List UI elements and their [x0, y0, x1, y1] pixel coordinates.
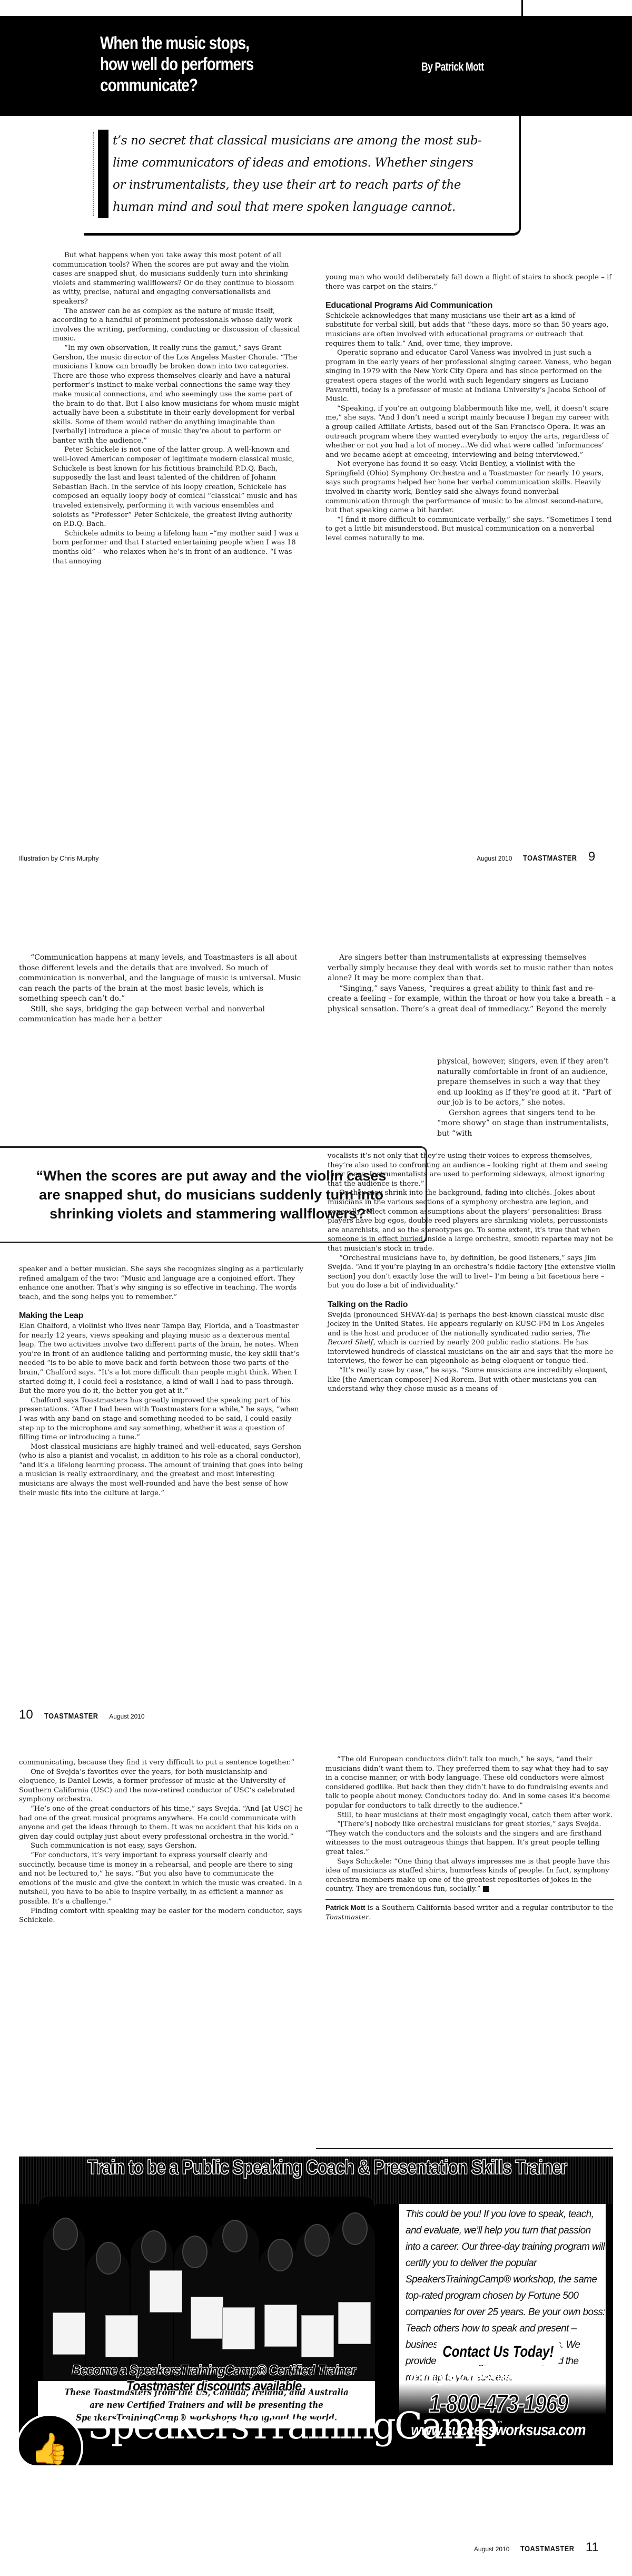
- folio-magazine: TOASTMASTER: [520, 2544, 574, 2553]
- paragraph: “The old European conductors didn’t talk…: [325, 1755, 614, 1811]
- bio-end: .: [369, 1914, 371, 1921]
- paragraph: Schickele admits to being a lifelong ham…: [53, 529, 300, 566]
- paragraph: Schickele acknowledges that many musicia…: [325, 311, 613, 348]
- page1-left-column: But what happens when you take away this…: [53, 251, 300, 566]
- page-folio: August 2010 TOASTMASTER 11: [474, 2540, 599, 2555]
- page2-left-column-top: “Communication happens at many levels, a…: [19, 953, 303, 1025]
- page2-left-column-bottom: speaker and a better musician. She says …: [19, 1265, 303, 1498]
- discount-line: Toastmaster discounts available: [72, 2378, 356, 2394]
- paragraph: The answer can be as complex as the natu…: [53, 307, 300, 344]
- paragraph: “I find it more difficult to communicate…: [325, 515, 613, 543]
- title-line: how well do performers: [100, 54, 324, 75]
- folio-magazine: TOASTMASTER: [523, 854, 577, 863]
- intro-line: lime communicators of ideas and emotions…: [113, 152, 513, 174]
- paragraph: “Singing,” says Vaness, “requires a grea…: [328, 984, 616, 1015]
- paragraph: “Orchestral musicians have to, by defini…: [328, 1254, 616, 1291]
- end-of-article-icon: T: [483, 1886, 489, 1892]
- page3-left-column: communicating, because they find it very…: [19, 1758, 306, 1925]
- dropcap-shadow: [93, 132, 95, 216]
- intro-deck: t’s no secret that classical musicians a…: [113, 130, 513, 218]
- page3-right-column: “The old European conductors didn’t talk…: [325, 1755, 614, 1922]
- byline: By Patrick Mott: [421, 60, 484, 74]
- paragraph: “For conductors, it’s very important to …: [19, 1851, 306, 1907]
- intro-line: human mind and soul that mere spoken lan…: [113, 196, 513, 218]
- section-heading: Educational Programs Aid Communication: [325, 301, 613, 310]
- paragraph: “It’s really case by case,” he says. “So…: [328, 1366, 616, 1394]
- article-title: When the music stops, how well do perfor…: [100, 33, 324, 96]
- paragraph: Such communication is not easy, says Ger…: [19, 1841, 306, 1851]
- ad-headline: Train to be a Public Speaking Coach & Pr…: [86, 2157, 568, 2179]
- paragraph: Finding comfort with speaking may be eas…: [19, 1907, 306, 1925]
- paragraph: “[There’s] nobody like orchestral musici…: [325, 1820, 614, 1857]
- paragraph: Elan Chalford, a violinist who lives nea…: [19, 1322, 303, 1396]
- paragraph: “Communication happens at many levels, a…: [19, 953, 303, 1004]
- ad-contact: Contact Us Today! info@successworksusa.c…: [388, 2339, 609, 2441]
- page1-right-column: young man who would deliberately fall do…: [325, 273, 613, 543]
- ad-certification-offer: Become a SpeakersTrainingCamp® Certified…: [72, 2362, 356, 2394]
- folio-page-number: 11: [586, 2540, 599, 2555]
- title-line: When the music stops,: [100, 33, 324, 54]
- folio-page-number: 10: [19, 1707, 33, 1722]
- paragraph: One of Svejda’s favorites over the years…: [19, 1768, 306, 1804]
- paragraph: Most classical musicians are highly trai…: [19, 1442, 303, 1498]
- page2-right-column-wrap: physical, however, singers, even if they…: [437, 1057, 616, 1139]
- paragraph: Still, she says, bridging the gap betwee…: [19, 1004, 303, 1025]
- paragraph: Chalford says Toastmasters has greatly i…: [19, 1396, 303, 1442]
- bio-name: Patrick Mott: [325, 1904, 365, 1911]
- paragraph: Not everyone has found it so easy. Vicki…: [325, 460, 613, 515]
- paragraph: young man who would deliberately fall do…: [325, 273, 613, 291]
- paragraph: physical, however, singers, even if they…: [437, 1057, 616, 1108]
- paragraph: Says Schickele: “One thing that always i…: [325, 1857, 614, 1894]
- ad-photo: These Toastmasters from the US, Canada, …: [38, 2197, 375, 2428]
- dropcap-letter: [98, 130, 108, 218]
- folio-magazine: TOASTMASTER: [44, 1712, 98, 1721]
- intro-line: t’s no secret that classical musicians a…: [113, 130, 513, 152]
- radio-text: Svejda (pronounced SHVAY-da) is perhaps …: [328, 1311, 604, 1338]
- paragraph: Peter Schickele is not one of the latter…: [53, 445, 300, 529]
- contact-email[interactable]: info@successworksusa.com: [406, 2366, 591, 2389]
- paragraph: “Speaking, if you’re an outgoing blabber…: [325, 404, 613, 460]
- contact-website[interactable]: www.successworksusa.com: [406, 2419, 591, 2441]
- paragraph: “In my own observation, it really runs t…: [53, 344, 300, 446]
- paragraph: Or they may shrink into the background, …: [328, 1188, 616, 1253]
- bio-magazine: Toastmaster: [325, 1914, 369, 1921]
- illustration-credit: Illustration by Chris Murphy: [19, 855, 98, 862]
- folio-date: August 2010: [474, 2545, 509, 2553]
- author-bio: Patrick Mott is a Southern California-ba…: [325, 1903, 614, 1922]
- paragraph: speaker and a better musician. She says …: [19, 1265, 303, 1302]
- folio-page-number: 9: [588, 850, 595, 864]
- thumbs-up-icon: 👍: [31, 2431, 68, 2465]
- contact-cta[interactable]: Contact Us Today!: [436, 2339, 560, 2365]
- certification-line: Become a SpeakersTrainingCamp® Certified…: [72, 2362, 356, 2378]
- intro-line: or instrumentalists, they use their art …: [113, 174, 513, 196]
- paragraph: “He’s one of the great conductors of his…: [19, 1804, 306, 1841]
- page-folio: August 2010 TOASTMASTER 9: [477, 850, 595, 864]
- paragraph: Svejda (pronounced SHVAY-da) is perhaps …: [328, 1311, 616, 1367]
- contact-phone[interactable]: 1-800-473-1969: [406, 2389, 591, 2419]
- paragraph: communicating, because they find it very…: [19, 1758, 306, 1768]
- paragraph: But what happens when you take away this…: [53, 251, 300, 307]
- page-folio: 10 TOASTMASTER August 2010: [19, 1707, 145, 1722]
- closing-text: Says Schickele: “One thing that always i…: [325, 1858, 610, 1894]
- section-heading: Talking on the Radio: [328, 1300, 616, 1310]
- page2-right-column-mid: vocalists it’s not only that they’re usi…: [328, 1152, 616, 1394]
- section-heading: Making the Leap: [19, 1311, 303, 1321]
- bio-divider: [325, 1899, 614, 1900]
- paragraph: Gershon agrees that singers tend to be “…: [437, 1108, 616, 1139]
- folio-date: August 2010: [477, 855, 512, 862]
- page-edge: [521, 0, 523, 16]
- folio-date: August 2010: [109, 1713, 144, 1720]
- title-line: communicate?: [100, 75, 324, 96]
- advertisement[interactable]: Train to be a Public Speaking Coach & Pr…: [19, 2157, 613, 2465]
- bio-text: is a Southern California-based writer an…: [365, 1904, 613, 1912]
- ad-divider: [316, 2148, 613, 2149]
- paragraph: vocalists it’s not only that they’re usi…: [328, 1152, 616, 1188]
- page2-right-column-top: Are singers better than instrumentalists…: [328, 953, 616, 1014]
- paragraph: Still, to hear musicians at their most e…: [325, 1811, 614, 1820]
- paragraph: Operatic soprano and educator Carol Vane…: [325, 348, 613, 404]
- trainers-group-photo: [38, 2197, 375, 2381]
- paragraph: Are singers better than instrumentalists…: [328, 953, 616, 984]
